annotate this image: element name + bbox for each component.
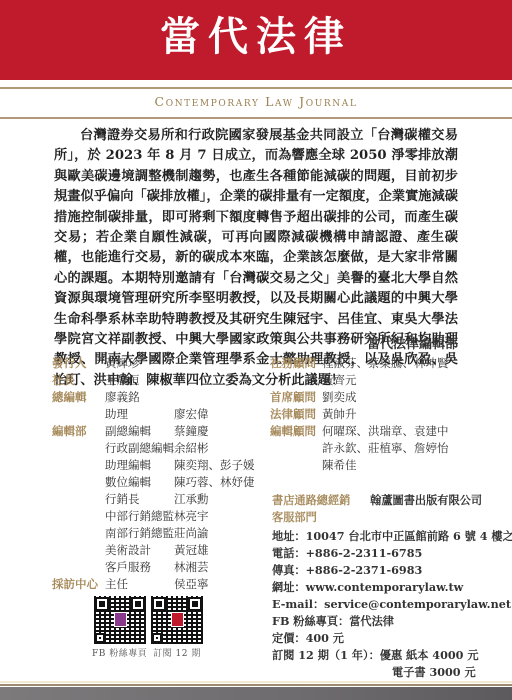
editorial-signoff: 當代法律編輯部 <box>300 333 458 352</box>
staff-row: 總編輯 廖義銘 <box>52 389 140 405</box>
staff-row: 行政副總編輯 余紹彬 <box>52 440 209 456</box>
staff-label <box>52 491 105 507</box>
distributor-name: 翰蘆圖書出版有限公司 <box>370 493 482 507</box>
ebook-price: 電子書 3000 元 <box>272 664 502 681</box>
journal-logo-icon <box>171 612 184 627</box>
qr-caption: 訂閱 12 期 <box>153 646 201 659</box>
advisor-label <box>270 372 322 388</box>
advisor-label: 法律顧問 <box>270 406 322 422</box>
contact-info: 書店通路總經銷 翰蘆圖書出版有限公司 客服部門 地址：10047 台北市中正區館… <box>272 492 502 681</box>
staff-name: 廖宏偉 <box>174 406 209 422</box>
footer-divider <box>0 684 512 686</box>
staff-label: 社長 <box>52 372 105 388</box>
staff-row: 採訪中心 主任 侯亞寧 <box>52 576 209 592</box>
divider-bottom <box>0 117 512 119</box>
qr-corner-icon <box>152 633 162 643</box>
advisor-label: 首席顧問 <box>270 389 322 405</box>
staff-role: 行銷長 <box>105 491 174 507</box>
fb-logo-icon <box>114 612 127 627</box>
service-label: 客服部門 <box>272 510 317 524</box>
staff-name: 江承勳 <box>174 491 209 507</box>
staff-role: 主任 <box>105 576 174 592</box>
staff-name: 陳巧蓉、林妤倢 <box>174 474 255 490</box>
qr-caption: FB 粉絲專頁 <box>92 646 147 659</box>
advisor-row: 社務顧問 程淑芬、蔡榮騰、林坤賢 <box>270 355 449 371</box>
staff-role: 行政副總編輯 <box>105 440 174 456</box>
email-link[interactable]: E-mail：service@contemporarylaw.net <box>272 596 502 613</box>
staff-label <box>52 406 105 422</box>
advisor-row: 許永欽、莊植寧、詹婷怡 <box>270 440 449 456</box>
staff-label <box>52 508 105 524</box>
staff-row: 編輯部 副總編輯 蔡鐘慶 <box>52 423 209 439</box>
staff-label <box>52 525 105 541</box>
distributor-row: 書店通路總經銷 翰蘆圖書出版有限公司 <box>272 492 502 509</box>
journal-subtitle: Contemporary Law Journal <box>0 94 512 109</box>
fb-page: FB 粉絲專頁：當代法律 <box>272 613 502 630</box>
staff-role: 中部行銷總監 <box>105 508 174 524</box>
fax: 傳真：+886-2-2371-6983 <box>272 562 502 579</box>
staff-label <box>52 457 105 473</box>
advisor-names: 許永欽、莊植寧、詹婷怡 <box>322 440 449 456</box>
staff-role: 美術設計 <box>105 542 174 558</box>
website-link[interactable]: 網址：www.contemporarylaw.tw <box>272 579 502 596</box>
staff-row: 客戶服務 林湘芸 <box>52 559 209 575</box>
advisor-label: 編輯顧問 <box>270 423 322 439</box>
advisor-names: 陳希佳 <box>322 457 357 473</box>
staff-role: 南部行銷總監 <box>105 525 174 541</box>
qr-fb-fanpage[interactable]: FB 粉絲專頁 <box>92 596 147 659</box>
distributor-label: 書店通路總經銷 <box>272 493 350 507</box>
staff-label: 發行人 <box>52 355 105 371</box>
staff-row: 助理 廖宏偉 <box>52 406 209 422</box>
advisor-label: 社務顧問 <box>270 355 322 371</box>
staff-row: 南部行銷總監 莊尚諭 <box>52 525 209 541</box>
advisor-row: 陳希佳 <box>270 457 357 473</box>
journal-title: 當代法律 <box>160 17 352 57</box>
footer-divider-light <box>0 681 512 683</box>
masthead-banner: 當代法律 <box>0 0 512 80</box>
staff-label <box>52 474 105 490</box>
advisor-row: 首席顧問 劉奕成 <box>270 389 357 405</box>
staff-label <box>52 440 105 456</box>
staff-row: 發行人 黃輝珍 <box>52 355 140 371</box>
staff-role: 副總編輯 <box>105 423 174 439</box>
staff-name: 林亮宇 <box>174 508 209 524</box>
staff-role: 客戶服務 <box>105 559 174 575</box>
staff-name: 黃輝珍 <box>105 355 140 371</box>
advisor-row: 法律顧問 黃帥升 <box>270 406 357 422</box>
staff-name: 余紹彬 <box>174 440 209 456</box>
staff-row: 助理編輯 陳奕翔、彭子媛 <box>52 457 255 473</box>
staff-name: 林湘芸 <box>174 559 209 575</box>
staff-row: 中部行銷總監 林亮宇 <box>52 508 209 524</box>
staff-label <box>52 559 105 575</box>
qr-subscribe[interactable]: 訂閱 12 期 <box>151 596 203 659</box>
service-row: 客服部門 <box>272 509 502 526</box>
subscription-price: 訂閱 12 期（1 年）：優惠 紙本 4000 元 <box>272 647 502 664</box>
staff-name: 陳奕翔、彭子媛 <box>174 457 255 473</box>
address: 地址：10047 台北市中正區館前路 6 號 4 樓之 6 <box>272 528 502 545</box>
staff-name: 黃冠雄 <box>174 542 209 558</box>
advisor-names: 程淑芬、蔡榮騰、林坤賢 <box>322 355 449 371</box>
phone: 電話：+886-2-2311-6785 <box>272 545 502 562</box>
qr-code-icon[interactable] <box>151 596 203 644</box>
advisor-label <box>270 457 322 473</box>
staff-label: 總編輯 <box>52 389 105 405</box>
staff-row: 數位編輯 陳巧蓉、林妤倢 <box>52 474 255 490</box>
staff-row: 社長 王晨桓 <box>52 372 140 388</box>
advisor-label <box>270 440 322 456</box>
qr-corner-icon <box>95 633 105 643</box>
qr-code-icon[interactable] <box>94 596 146 644</box>
advisor-names: 黃齊元 <box>322 372 357 388</box>
staff-label: 編輯部 <box>52 423 105 439</box>
staff-role: 數位編輯 <box>105 474 174 490</box>
staff-row: 行銷長 江承勳 <box>52 491 209 507</box>
staff-name: 廖義銘 <box>105 389 140 405</box>
advisor-row: 編輯顧問 何曜琛、洪瑞章、袁建中 <box>270 423 449 439</box>
staff-role: 助理編輯 <box>105 457 174 473</box>
staff-row: 美術設計 黃冠雄 <box>52 542 209 558</box>
advisor-names: 劉奕成 <box>322 389 357 405</box>
staff-name: 侯亞寧 <box>174 576 209 592</box>
price: 定價：400 元 <box>272 630 502 647</box>
staff-name: 莊尚諭 <box>174 525 209 541</box>
divider-top <box>0 87 512 89</box>
staff-role: 助理 <box>105 406 174 422</box>
advisor-row: 黃齊元 <box>270 372 357 388</box>
staff-label <box>52 542 105 558</box>
staff-name: 蔡鐘慶 <box>174 423 209 439</box>
staff-label: 採訪中心 <box>52 576 105 592</box>
footer-band <box>0 687 512 700</box>
advisor-names: 黃帥升 <box>322 406 357 422</box>
staff-name: 王晨桓 <box>105 372 140 388</box>
advisor-names: 何曜琛、洪瑞章、袁建中 <box>322 423 449 439</box>
